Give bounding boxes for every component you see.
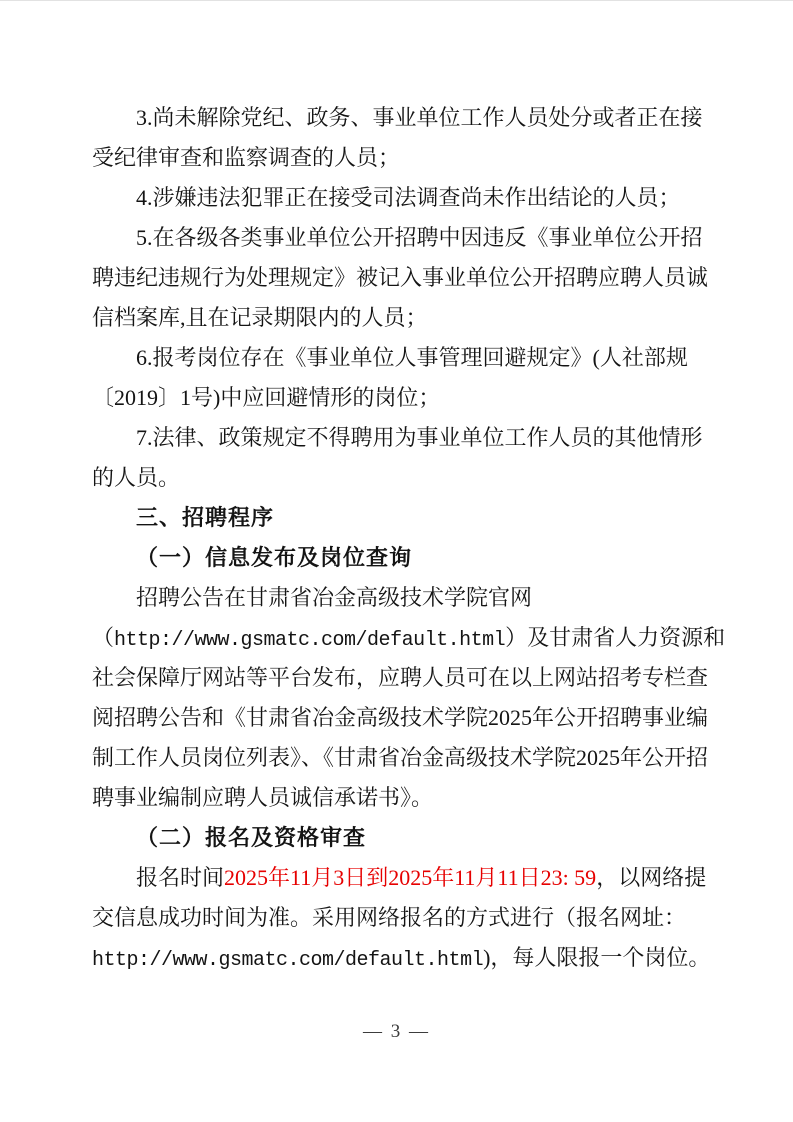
text-run: 阅招聘公告和《甘肃省冶金高级技术学院2025年公开招聘事业编	[92, 705, 708, 730]
text-run: 聘违纪违规行为处理规定》被记入事业单位公开招聘应聘人员诚	[92, 265, 708, 290]
section-heading: 三、招聘程序	[92, 498, 714, 538]
text-run: 6.报考岗位存在《事业单位人事管理回避规定》(人社部规	[136, 345, 688, 370]
text-line: 交信息成功时间为准。采用网络报名的方式进行（报名网址：	[92, 898, 714, 938]
text-run: 招聘公告在甘肃省冶金高级技术学院官网	[136, 585, 532, 610]
subsection-heading-info-release: （一）信息发布及岗位查询	[92, 538, 714, 578]
text-run: 报名时间	[136, 865, 224, 890]
text-run: 7.法律、政策规定不得聘用为事业单位工作人员的其他情形	[136, 425, 703, 450]
url-text: http://www.gsmatc.com/default.html	[114, 629, 505, 652]
url-text: http://www.gsmatc.com/default.html	[92, 949, 483, 972]
text-run: （二）报名及资格审查	[136, 825, 366, 850]
text-run: )，每人限报一个岗位。	[483, 945, 710, 970]
document-page: 3.尚未解除党纪、政务、事业单位工作人员处分或者正在接受纪律审查和监察调查的人员…	[0, 0, 793, 1122]
text-run: 的人员。	[92, 465, 180, 490]
text-run: 交信息成功时间为准。采用网络报名的方式进行（报名网址：	[92, 905, 686, 930]
page-number: — 3 —	[0, 1021, 793, 1043]
text-run: ，以网络提	[596, 865, 706, 890]
text-line: 聘违纪违规行为处理规定》被记入事业单位公开招聘应聘人员诚	[92, 258, 714, 298]
text-run: 制工作人员岗位列表》、《甘肃省冶金高级技术学院2025年公开招	[92, 745, 708, 770]
text-line: 7.法律、政策规定不得聘用为事业单位工作人员的其他情形	[92, 418, 714, 458]
text-line: 5.在各级各类事业单位公开招聘中因违反《事业单位公开招	[92, 218, 714, 258]
text-line: 受纪律审查和监察调查的人员；	[92, 138, 714, 178]
text-run: 聘事业编制应聘人员诚信承诺书》。	[92, 785, 433, 810]
highlighted-date-text: 2025年11月3日到2025年11月11日23: 59	[224, 865, 596, 890]
text-run: 信档案库,且在记录期限内的人员；	[92, 305, 428, 330]
text-run: 社会保障厅网站等平台发布，应聘人员可在以上网站招考专栏查	[92, 665, 708, 690]
text-line: （http://www.gsmatc.com/default.html）及甘肃省…	[92, 618, 714, 658]
text-line: 阅招聘公告和《甘肃省冶金高级技术学院2025年公开招聘事业编	[92, 698, 714, 738]
text-line: http://www.gsmatc.com/default.html)，每人限报…	[92, 938, 714, 978]
text-run: 受纪律审查和监察调查的人员；	[92, 145, 400, 170]
text-run: 3.尚未解除党纪、政务、事业单位工作人员处分或者正在接	[136, 105, 703, 130]
text-run: （一）信息发布及岗位查询	[136, 545, 412, 570]
text-line: 聘事业编制应聘人员诚信承诺书》。	[92, 778, 714, 818]
text-run: （	[92, 625, 114, 650]
text-line: 的人员。	[92, 458, 714, 498]
text-run: 5.在各级各类事业单位公开招聘中因违反《事业单位公开招	[136, 225, 703, 250]
text-line: 招聘公告在甘肃省冶金高级技术学院官网	[92, 578, 714, 618]
text-line: 报名时间2025年11月3日到2025年11月11日23: 59，以网络提	[92, 858, 714, 898]
text-run: 三、招聘程序	[136, 505, 274, 530]
document-content: 3.尚未解除党纪、政务、事业单位工作人员处分或者正在接受纪律审查和监察调查的人员…	[92, 98, 714, 978]
text-line: 6.报考岗位存在《事业单位人事管理回避规定》(人社部规	[92, 338, 714, 378]
text-line: 3.尚未解除党纪、政务、事业单位工作人员处分或者正在接	[92, 98, 714, 138]
text-run: ）及甘肃省人力资源和	[505, 625, 725, 650]
text-line: 信档案库,且在记录期限内的人员；	[92, 298, 714, 338]
text-line: 社会保障厅网站等平台发布，应聘人员可在以上网站招考专栏查	[92, 658, 714, 698]
text-line: 4.涉嫌违法犯罪正在接受司法调查尚未作出结论的人员；	[92, 178, 714, 218]
text-line: 〔2019〕1号)中应回避情形的岗位；	[92, 378, 714, 418]
subsection-heading-registration: （二）报名及资格审查	[92, 818, 714, 858]
text-run: 4.涉嫌违法犯罪正在接受司法调查尚未作出结论的人员；	[136, 185, 681, 210]
text-run: 〔2019〕1号)中应回避情形的岗位；	[92, 385, 440, 410]
text-line: 制工作人员岗位列表》、《甘肃省冶金高级技术学院2025年公开招	[92, 738, 714, 778]
